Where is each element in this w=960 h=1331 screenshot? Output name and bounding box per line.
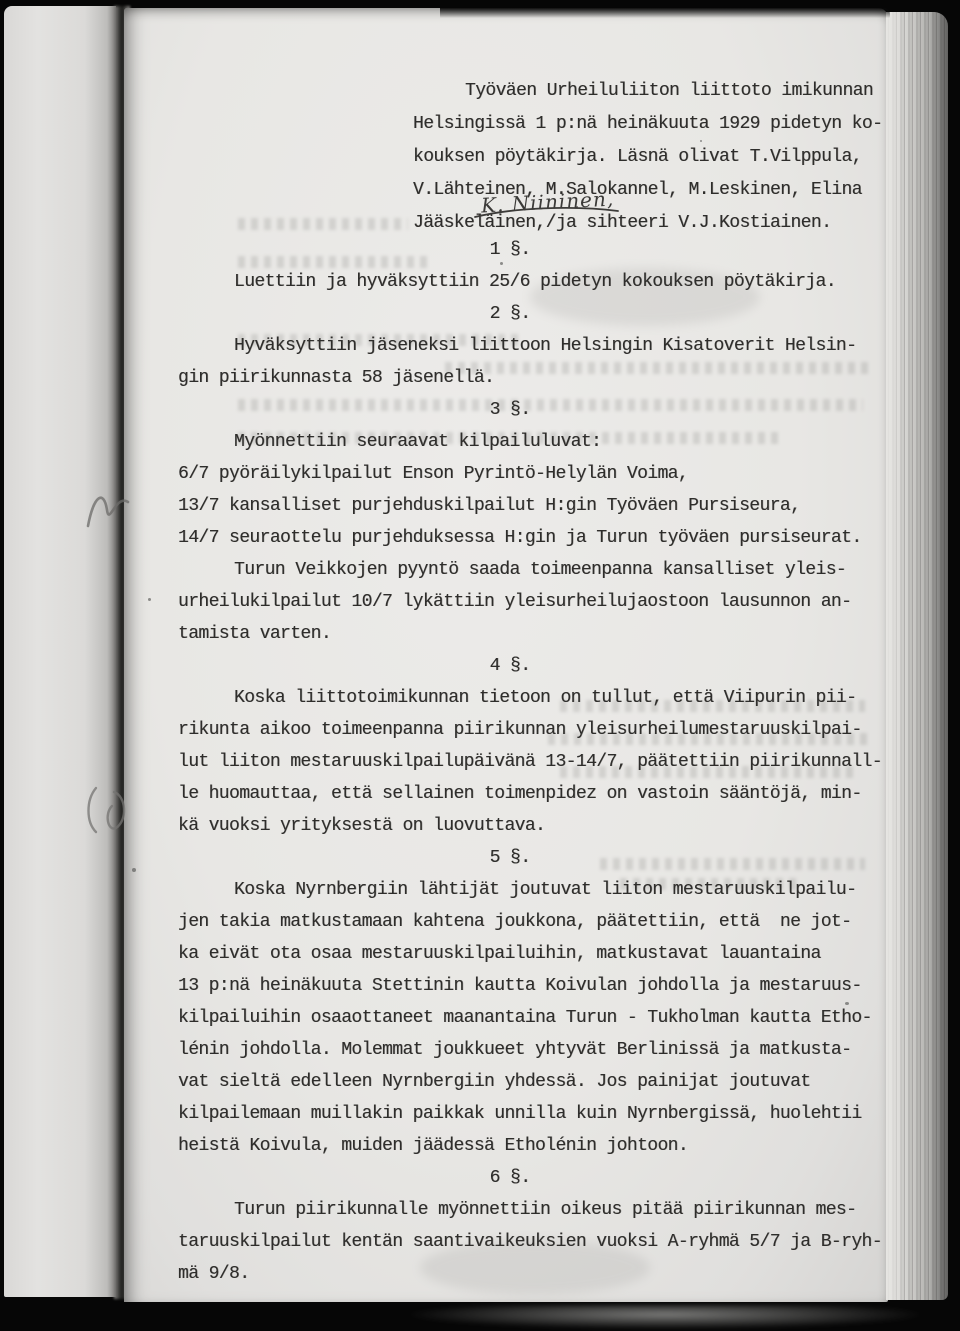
typed-line: tamista varten. xyxy=(178,618,890,650)
book-scan: Työväen Urheiluliiton liittoto imikunnan… xyxy=(0,0,960,1331)
bottom-edge-smudge xyxy=(410,1305,920,1329)
fore-edge-pages xyxy=(886,12,948,1300)
typed-line: taruuskilpailut kentän saantivaikeuksien… xyxy=(178,1226,890,1258)
typed-line: mä 9/8. xyxy=(178,1258,890,1290)
bleed-through-smudge xyxy=(238,218,408,230)
typed-line: lénin johdolla. Molemmat joukkueet yhtyv… xyxy=(178,1034,890,1066)
scan-speck xyxy=(132,868,136,872)
typed-title-line: Työväen Urheiluliiton liittoto imikunnan xyxy=(413,75,893,108)
section-mark: 2 §. xyxy=(154,298,866,330)
typed-line: gin piirikunnasta 58 jäsenellä. xyxy=(178,362,890,394)
typed-line: urheilukilpailut 10/7 lykättiin yleisurh… xyxy=(178,586,890,618)
margin-scribble xyxy=(80,780,140,842)
typed-line: 13/7 kansalliset purjehduskilpailut H:gi… xyxy=(178,490,890,522)
typed-line: lut liiton mestaruuskilpailupäivänä 13-1… xyxy=(178,746,890,778)
section-mark: 1 §. xyxy=(154,234,866,266)
typed-line: 14/7 seuraottelu purjehduksessa H:gin ja… xyxy=(178,522,890,554)
section-mark: 6 §. xyxy=(154,1162,866,1194)
typed-line: jen takia matkustamaan kahtena joukkona,… xyxy=(178,906,890,938)
typed-line: kilpailemaan muillakin paikkak unnilla k… xyxy=(178,1098,890,1130)
typed-line: le huomauttaa, että sellainen toimenpide… xyxy=(178,778,890,810)
typed-header-line: kouksen pöytäkirja. Läsnä olivat T.Vilpp… xyxy=(413,141,893,174)
typed-line: rikunta aikoo toimeenpanna piirikunnan y… xyxy=(178,714,890,746)
typed-line: Hyväksyttiin jäseneksi liittoon Helsingi… xyxy=(178,330,890,362)
typed-line: vat sieltä edelleen Nyrnbergiin yhdessä.… xyxy=(178,1066,890,1098)
typed-line: Koska Nyrnbergiin lähtijät joutuvat liit… xyxy=(178,874,890,906)
section-mark: 4 §. xyxy=(154,650,866,682)
typed-line: ka eivät ota osaa mestaruuskilpailuihin,… xyxy=(178,938,890,970)
typed-line: Turun piirikunnalle myönnettiin oikeus p… xyxy=(178,1194,890,1226)
left-page-edge xyxy=(4,6,116,1297)
section-mark: 5 §. xyxy=(154,842,866,874)
typed-line: heistä Koivula, muiden jäädessä Etholéni… xyxy=(178,1130,890,1162)
typed-line: 6/7 pyöräilykilpailut Enson Pyrintö-Hely… xyxy=(178,458,890,490)
handwriting-flourish xyxy=(472,204,622,220)
scan-speck xyxy=(148,598,151,601)
typed-line: Turun Veikkojen pyyntö saada toimeenpann… xyxy=(178,554,890,586)
typed-line: Myönnettiin seuraavat kilpailuluvat: xyxy=(178,426,890,458)
typed-header-line: Helsingissä 1 p:nä heinäkuuta 1929 pidet… xyxy=(413,108,893,141)
typed-line: Luettiin ja hyväksyttiin 25/6 pidetyn ko… xyxy=(178,266,890,298)
typed-line: kä vuoksi yrityksestä on luovuttava. xyxy=(178,810,890,842)
typed-line: Koska liittotoimikunnan tietoon on tullu… xyxy=(178,682,890,714)
margin-scribble xyxy=(82,480,138,540)
typed-line: kilpailuihin osaaottaneet maanantaina Tu… xyxy=(178,1002,890,1034)
typed-body: 1 §.Luettiin ja hyväksyttiin 25/6 pidety… xyxy=(178,234,890,1290)
top-edge-shadow xyxy=(440,8,890,18)
section-mark: 3 §. xyxy=(154,394,866,426)
typed-line: 13 p:nä heinäkuuta Stettinin kautta Koiv… xyxy=(178,970,890,1002)
